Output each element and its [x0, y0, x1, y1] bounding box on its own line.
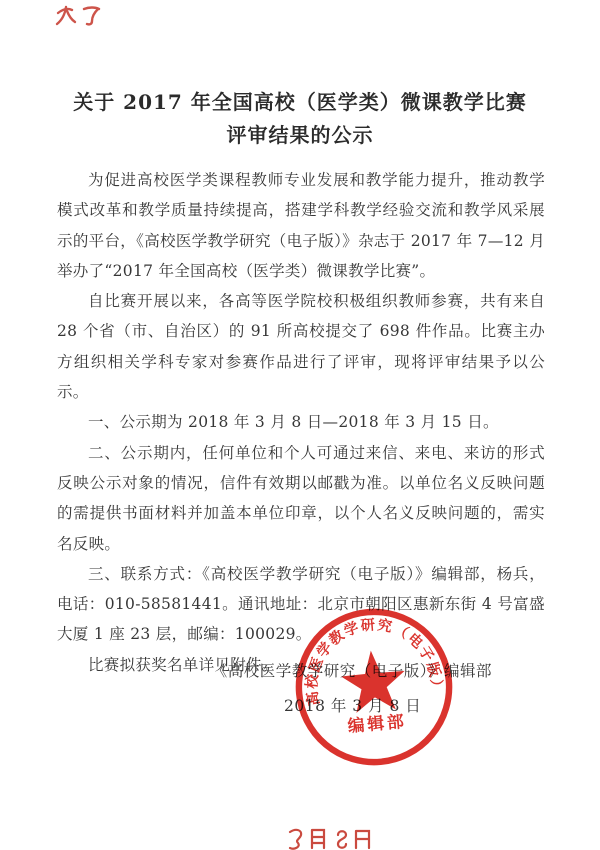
paragraph-item-1: 一、公示期为 2018 年 3 月 8 日—2018 年 3 月 15 日。	[57, 407, 545, 437]
seal-bottom-text: 编辑部	[347, 711, 408, 736]
paragraph-item-2: 二、公示期内，任何单位和个人可通过来信、来电、来访的形式反映公示对象的情况，信件…	[57, 438, 545, 559]
red-ink-marks-top-left-icon	[54, 3, 102, 27]
paragraph-intro: 为促进高校医学类课程教师专业发展和教学能力提升，推动教学模式改革和教学质量持续提…	[57, 165, 545, 286]
title-line-1: 关于 2017 年全国高校（医学类）微课教学比赛	[56, 86, 544, 119]
red-ink-marks-bottom-icon	[286, 824, 374, 850]
document-page: 关于 2017 年全国高校（医学类）微课教学比赛 评审结果的公示 为促进高校医学…	[0, 0, 600, 850]
official-seal: 高校医学教学研究（电子版） 编辑部	[283, 596, 465, 778]
paragraph-stats: 自比赛开展以来，各高等医学院校积极组织教师参赛，共有来自 28 个省（市、自治区…	[57, 286, 545, 407]
document-body: 为促进高校医学类课程教师专业发展和教学能力提升，推动教学模式改革和教学质量持续提…	[57, 165, 545, 680]
document-title: 关于 2017 年全国高校（医学类）微课教学比赛 评审结果的公示	[56, 86, 544, 152]
seal-star-icon	[339, 648, 408, 714]
title-line-2: 评审结果的公示	[56, 119, 544, 152]
